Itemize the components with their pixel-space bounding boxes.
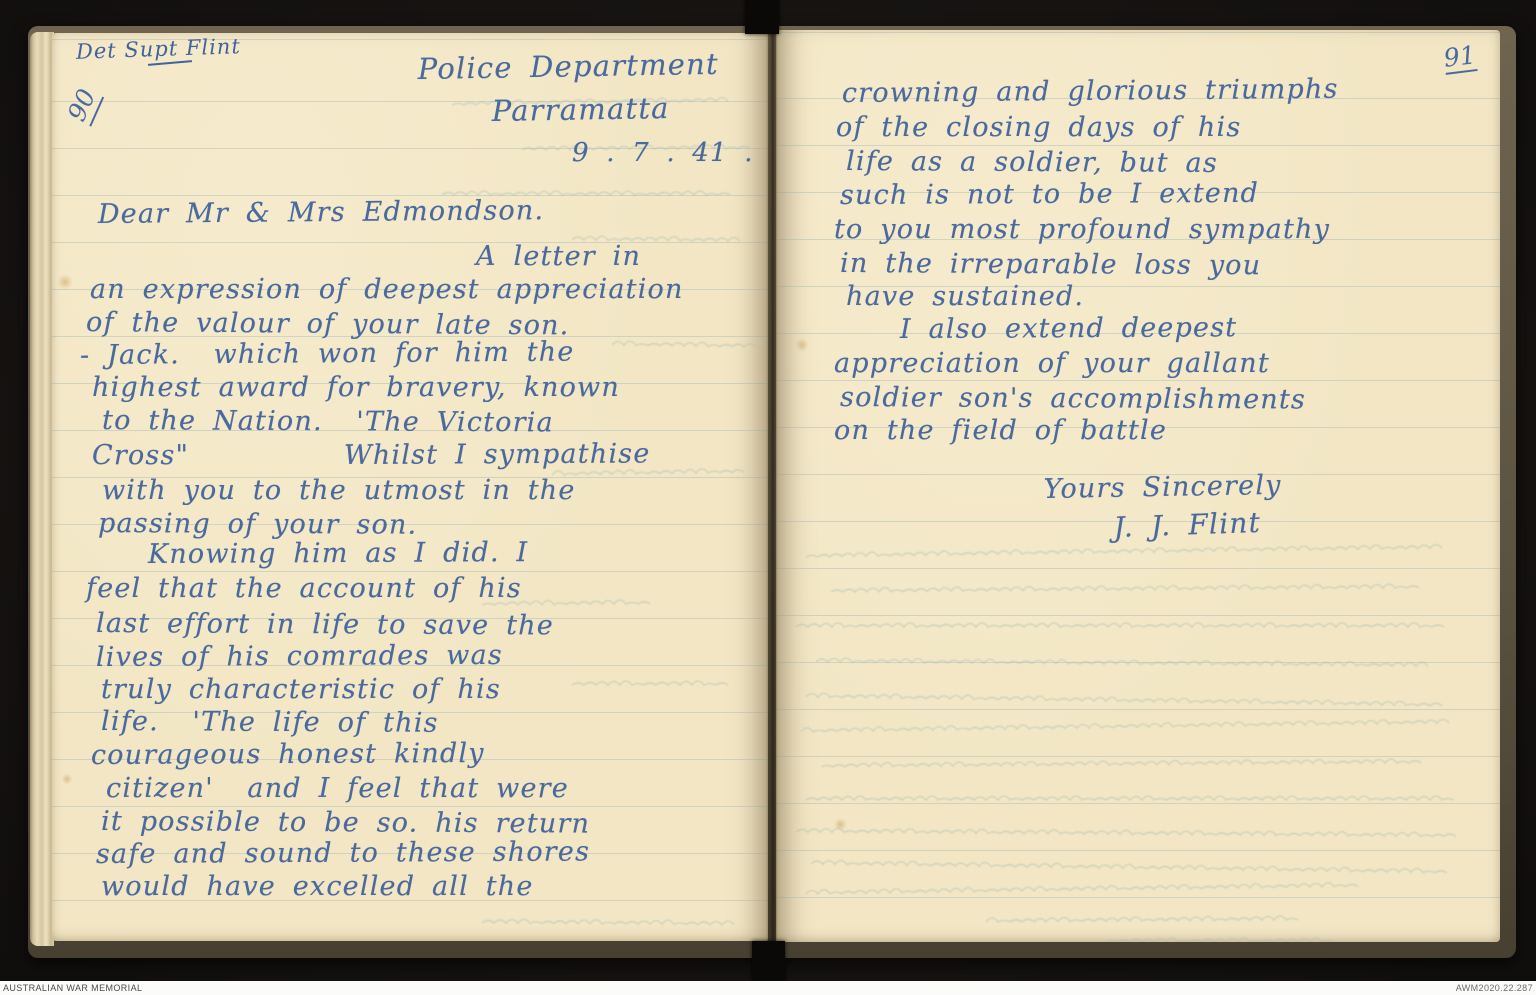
bleed-through-stroke [806,874,1366,902]
foxing-spot [796,338,808,352]
handwriting-line: appreciation of your gallant [834,350,1270,377]
bleed-through-stroke [482,911,742,933]
bleed-through-stroke [821,751,1431,775]
bleed-through-stroke [816,650,1436,674]
handwriting-line: Parramatta [491,94,669,126]
handwriting-line: I also extend deepest [900,314,1238,343]
handwriting-line: Dear Mr & Mrs Edmondson. [98,197,545,228]
foxing-spot [58,273,72,291]
handwriting-line: citizen' and I feel that were [106,775,569,802]
left-page-edges [30,32,54,946]
page-number-91: 91 [1442,42,1477,75]
foxing-spot [62,773,72,785]
handwriting-line: it possible to be so. his return [101,808,590,838]
archive-source-label: AUSTRALIAN WAR MEMORIAL [3,984,142,993]
page-left-90: Det Supt Flint 90 Police DepartmentParra… [52,33,768,941]
handwriting-line: 9 . 7 . 41 . [572,140,754,166]
bleed-through-stroke [801,711,1451,740]
handwriting-line: last effort in life to save the [96,610,554,639]
handwriting-line: such is not to be I extend [840,180,1259,209]
handwriting-line: in the irreparable loss you [840,250,1261,279]
scanned-notebook-photo: Det Supt Flint 90 Police DepartmentParra… [0,0,1536,995]
bleed-through-stroke [986,908,1306,930]
bleed-through-stroke [612,333,762,355]
handwriting-line: life as a soldier, but as [846,148,1218,177]
handwriting-line: truly characteristic of his [101,676,501,703]
handwriting-line: Knowing him as I did. I [148,539,529,568]
bleed-through-stroke [806,685,1446,714]
archive-footer-bar: AUSTRALIAN WAR MEMORIAL AWM2020.22.287 [0,981,1536,995]
handwriting-line: safe and sound to these shores [96,838,590,868]
bleed-through-stroke [572,673,732,693]
handwriting-line: passing of your son. [98,510,417,539]
handwriting-line: crowning and glorious triumphs [842,76,1339,107]
handwriting-line: an expression of deepest appreciation [90,276,684,303]
handwriting-line: courageous honest kindly [91,740,485,769]
bleed-through-stroke [831,576,1431,600]
handwriting-line: soldier son's accomplishments [840,384,1306,413]
bleed-through-stroke [1106,930,1346,942]
handwriting-line: have sustained. [846,283,1084,310]
archive-accession-number: AWM2020.22.287 [1456,984,1533,993]
handwriting-line: lives of his comrades was [96,642,503,671]
handwriting-line: - Jack. which won for him the [80,339,575,369]
handwriting-line: to you most profound sympathy [834,216,1330,243]
handwriting-line: would have excelled all the [101,873,534,900]
handwriting-line: of the valour of your late son. [86,309,570,339]
bleed-through-stroke [796,820,1466,845]
handwriting-line: life. 'The life of this [101,708,439,737]
bleed-through-stroke [796,615,1456,635]
bookmark-ribbon-bottom [752,941,785,982]
page-right-91: 91 crowning and glorious triumphsof the … [776,30,1500,942]
open-notebook: Det Supt Flint 90 Police DepartmentParra… [28,26,1516,958]
handwriting-line: of the closing days of his [836,114,1241,141]
handwriting-line: highest award for bravery, known [92,374,620,401]
handwriting-line: Yours Sincerely [1044,472,1282,503]
handwriting-line: Cross" [92,442,189,469]
handwriting-line: Police Department [417,50,719,84]
bleed-through-stroke [806,788,1466,808]
page-number-90: 90 [64,85,104,126]
handwriting-line: A letter in [476,243,641,270]
handwriting-line: feel that the account of his [86,575,522,602]
handwriting-line: with you to the utmost in the [102,477,576,504]
annotation-det-supt-flint: Det Supt Flint [76,34,242,64]
handwriting-line: J. J. Flint [1113,509,1261,542]
handwriting-line: Whilst I sympathise [344,440,651,469]
bookmark-ribbon-top [745,0,779,34]
handwriting-line: on the field of battle [834,417,1167,444]
handwriting-line: to the Nation. 'The Victoria [102,407,554,436]
